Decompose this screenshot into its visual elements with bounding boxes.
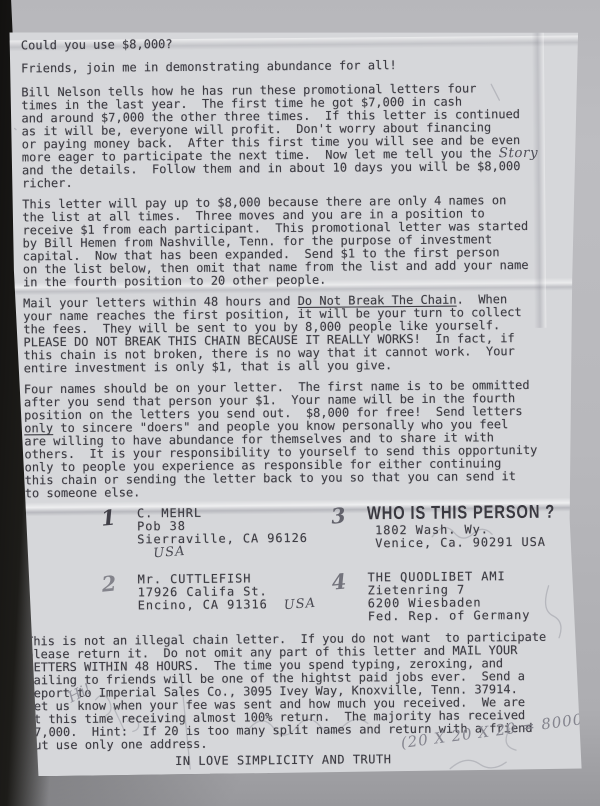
who-is-this-person-stamp: WHO IS THIS PERSON ?	[367, 502, 555, 524]
paragraph-3: Mail your letters within 48 hours and Do…	[23, 293, 571, 376]
address-entry-3: 3 WHO IS THIS PERSON ? 1802 Wash. Wy. Ve…	[331, 504, 572, 558]
paragraph-2: This letter will pay up to $8,000 becaus…	[22, 194, 570, 290]
address-entry-2: 2 Mr. CUTTLEFISH 17926 Califa St. Encino…	[101, 572, 331, 626]
address-lines: THE QUODLIBET AMI Zietenring 7 6200 Wies…	[367, 570, 530, 623]
closing-line: IN LOVE SIMPLICITY AND TRUTH	[175, 753, 391, 768]
stamped-number-1: 1	[100, 506, 127, 527]
opening-line: Friends, join me in demonstrating abunda…	[21, 58, 568, 76]
opening-question: Could you use $8,000?	[21, 35, 568, 53]
address-lines: C. MEHRL Pob 38 Sierraville, CA 96126USA	[137, 506, 331, 560]
address-list: 1 C. MEHRL Pob 38 Sierraville, CA 96126U…	[101, 504, 573, 626]
address-entry-4: 4 THE QUODLIBET AMI Zietenring 7 6200 Wi…	[331, 570, 572, 624]
letter-content: Could you use $8,000? Friends, join me i…	[4, 28, 586, 777]
closing-row: IN LOVE SIMPLICITY AND TRUTH (20 X 20 X …	[175, 752, 574, 768]
paragraph-1: Bill Nelson tells how he has run these p…	[21, 82, 569, 191]
address-entry-1: 1 C. MEHRL Pob 38 Sierraville, CA 96126U…	[101, 506, 331, 560]
address-lines: WHO IS THIS PERSON ? 1802 Wash. Wy. Veni…	[367, 504, 565, 551]
photo-of-letter: Could you use $8,000? Friends, join me i…	[0, 0, 600, 806]
stamped-number-3: 3	[330, 504, 357, 525]
handwritten-usa-note: USA	[283, 597, 316, 612]
stamped-number-2: 2	[101, 572, 128, 593]
handwritten-usa-note: USA	[153, 545, 186, 560]
paragraph-4: Four names should be on your letter. The…	[24, 379, 572, 501]
letter-paper: Could you use $8,000? Friends, join me i…	[4, 28, 586, 777]
address-lines: Mr. CUTTLEFISH 17926 Califa St. Encino, …	[137, 572, 316, 613]
stamped-number-4: 4	[331, 570, 358, 591]
